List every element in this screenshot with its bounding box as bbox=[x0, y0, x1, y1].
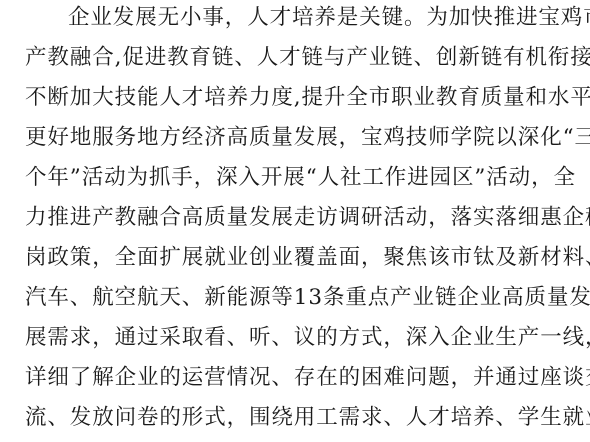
paragraph-line-8: 汽车、航空航天、新能源等13条重点产业链企业高质量发 bbox=[25, 284, 585, 312]
paragraph-line-7: 岗政策，全面扩展就业创业覆盖面，聚焦该市钛及新材料、 bbox=[25, 244, 585, 272]
paragraph-line-2: 产教融合,促进教育链、人才链与产业链、创新链有机衔接， bbox=[25, 44, 585, 72]
paragraph-line-4: 更好地服务地方经济高质量发展，宝鸡技师学院以深化“三 bbox=[25, 124, 585, 152]
paragraph-line-1: 企业发展无小事，人才培养是关键。为加快推进宝鸡市 bbox=[68, 4, 588, 32]
paragraph-line-10: 详细了解企业的运营情况、存在的困难问题，并通过座谈交 bbox=[25, 364, 585, 392]
paragraph-line-6: 力推进产教融合高质量发展走访调研活动，落实落细惠企稳 bbox=[25, 204, 585, 232]
paragraph-line-9: 展需求，通过采取看、听、议的方式，深入企业生产一线， bbox=[25, 324, 585, 352]
document-page: 企业发展无小事，人才培养是关键。为加快推进宝鸡市 产教融合,促进教育链、人才链与… bbox=[0, 0, 590, 442]
paragraph-line-5: 个年”活动为抓手，深入开展“人社工作进园区”活动，全 bbox=[25, 164, 585, 192]
paragraph-line-3: 不断加大技能人才培养力度,提升全市职业教育质量和水平， bbox=[25, 84, 585, 112]
paragraph-line-11: 流、发放问卷的形式，围绕用工需求、人才培养、学生就业、 bbox=[25, 404, 585, 432]
